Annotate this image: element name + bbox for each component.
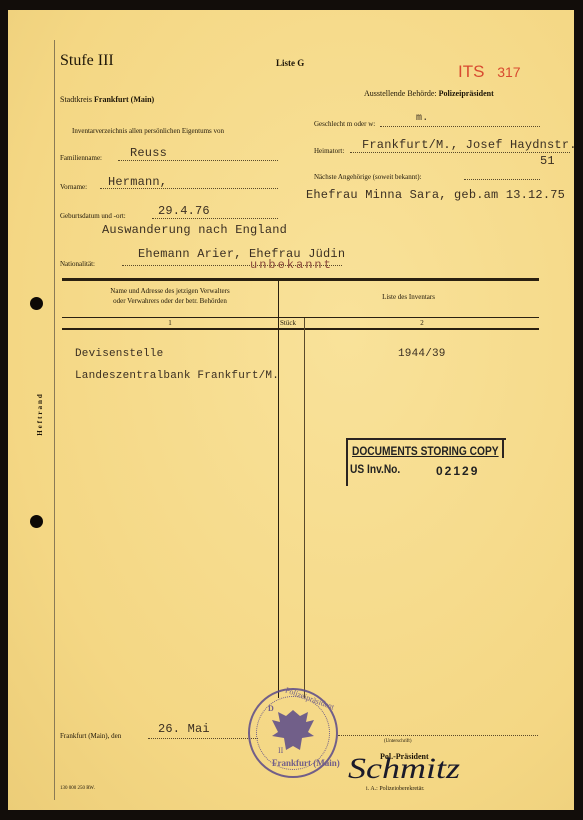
stufe-title: Stufe III: [60, 52, 114, 70]
stadtkreis-label: Stadtkreis: [60, 95, 92, 104]
document-page: Heftrand Stufe III Liste G ITS 317 Stadt…: [8, 10, 574, 810]
inventar-intro: Inventarverzeichnis allen persönlichen E…: [72, 127, 224, 135]
date-value: 26. Mai: [158, 722, 210, 736]
col1-number: 1: [62, 319, 278, 327]
margin-line: [54, 40, 55, 800]
stamp-line2-label: US Inv.No.: [350, 462, 400, 476]
punch-hole-top: [30, 297, 43, 310]
auswanderung-note: Auswanderung nach England: [102, 223, 287, 237]
print-code: 130 000 250 RW.: [60, 786, 95, 791]
familienname-value: Reuss: [130, 146, 167, 160]
documents-storing-stamp: DOCUMENTS STORING COPY US Inv.No. 02129: [346, 438, 506, 486]
its-stamp: ITS 317: [458, 62, 521, 82]
geburtsdatum-value: 29.4.76: [158, 204, 210, 218]
table-row-1-col1: Devisenstelle: [75, 348, 163, 360]
ausstellende-line: Ausstellende Behörde: Polizeipräsident: [364, 89, 494, 98]
signature: Schmitz: [348, 752, 460, 786]
seal-bottom-text: Frankfurt (Main): [272, 758, 340, 768]
heftrand-label: Heftrand: [36, 392, 44, 436]
liste-label: Liste G: [276, 58, 304, 68]
its-number: 317: [497, 64, 520, 80]
stueck-label: Stück: [280, 319, 296, 327]
col1-header: Name und Adresse des jetzigen Verwalters…: [62, 286, 278, 306]
its-label: ITS: [458, 62, 484, 81]
stamp-line2-value: 02129: [436, 464, 479, 478]
familienname-label: Familienname:: [60, 154, 102, 162]
punch-hole-bottom: [30, 515, 43, 528]
police-seal: Polizeipräsident Frankfurt (Main) D II: [248, 688, 338, 778]
vorname-value: Hermann,: [108, 175, 167, 189]
table-number-divider: [62, 328, 539, 330]
place-label: Frankfurt (Main), den: [60, 732, 121, 740]
table-col-divider-2: [304, 318, 305, 698]
geburtsdatum-label: Geburtsdatum und -ort:: [60, 212, 126, 220]
seal-letter: D: [268, 704, 274, 713]
table-col-divider-1: [278, 278, 279, 698]
unbekannt-stamp: unbekannt: [250, 258, 333, 272]
heimatort-label: Heimatort:: [314, 147, 344, 155]
stadtkreis-line: Stadtkreis Frankfurt (Main): [60, 95, 154, 104]
seal-roman: II: [278, 746, 283, 755]
stadtkreis-value: Frankfurt (Main): [94, 95, 154, 104]
stamp-right-edge: [502, 438, 504, 458]
col2-header: Liste des Inventars: [278, 293, 539, 301]
unterschrift-label: (Unterschrift): [384, 739, 412, 744]
col1-header-line1: Name und Adresse des jetzigen Verwalters: [62, 286, 278, 296]
table-header-divider: [62, 317, 539, 318]
geschlecht-value: m.: [416, 113, 428, 124]
vorname-label: Vorname:: [60, 183, 87, 191]
angehoerige-value: Ehefrau Minna Sara, geb.am 13.12.75: [306, 188, 565, 202]
col2-number: 2: [305, 319, 539, 327]
stamp-line1: DOCUMENTS STORING COPY: [352, 444, 499, 458]
table-top-border: [62, 278, 539, 281]
heimatort-number: 51: [540, 154, 555, 168]
table-row-2-col1: Landeszentralbank Frankfurt/M.: [75, 370, 279, 382]
ia-label: i. A.: Polizeioberekretär.: [366, 786, 424, 792]
ausstellende-value: Polizeipräsident: [439, 89, 494, 98]
nationalitaet-label: Nationalität:: [60, 260, 95, 268]
ausstellende-label: Ausstellende Behörde:: [364, 89, 437, 98]
table-row-1-col2: 1944/39: [398, 348, 446, 360]
col1-header-line2: oder Verwahrers oder der betr. Behörden: [62, 296, 278, 306]
heimatort-value: Frankfurt/M., Josef Haydnstr.: [362, 138, 577, 152]
angehoerige-label: Nächste Angehörige (soweit bekannt):: [314, 173, 422, 181]
geschlecht-label: Geschlecht m oder w:: [314, 120, 375, 128]
